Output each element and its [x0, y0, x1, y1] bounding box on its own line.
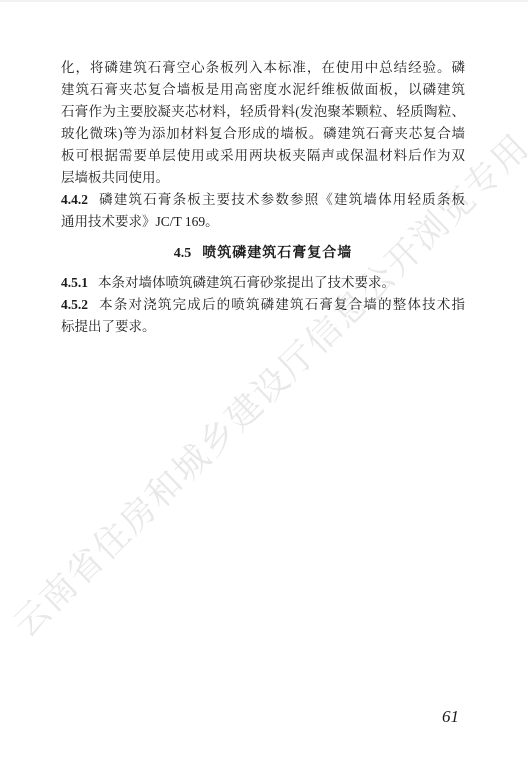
clause-number: 4.5.1 — [61, 275, 88, 290]
body-line: 层墙板共同使用。 — [61, 167, 465, 189]
body-line: 板可根据需要单层使用或采用两块板夹隔声或保温材料后作为双 — [61, 145, 465, 167]
section-title: 喷筑磷建筑石膏复合墙 — [202, 244, 352, 260]
body-line: 玻化微珠)等为添加材料复合形成的墙板。磷建筑石膏夹芯复合墙 — [61, 123, 465, 145]
body-line: 4.5.1本条对墙体喷筑磷建筑石膏砂浆提出了技术要求。 — [61, 272, 465, 294]
body-line: 标提出了要求。 — [61, 316, 465, 338]
section-number: 4.5 — [174, 246, 192, 261]
body-line: 建筑石膏夹芯复合墙板是用高密度水泥纤维板做面板，以磷建筑 — [61, 79, 465, 101]
clause-number: 4.5.2 — [61, 297, 88, 312]
section-heading-4-5: 4.5喷筑磷建筑石膏复合墙 — [61, 241, 465, 263]
clause-text: 磷建筑石膏条板主要技术参数参照《建筑墙体用轻质条板 — [98, 192, 465, 207]
page-number: 61 — [442, 707, 459, 727]
page-content: 化，将磷建筑石膏空心条板列入本标准，在使用中总结经验。磷 建筑石膏夹芯复合墙板是… — [61, 57, 465, 338]
body-line: 4.4.2磷建筑石膏条板主要技术参数参照《建筑墙体用轻质条板 — [61, 189, 465, 211]
body-line: 石膏作为主要胶凝夹芯材料，轻质骨料(发泡聚苯颗粒、轻质陶粒、 — [61, 101, 465, 123]
clause-4-4-2: 4.4.2磷建筑石膏条板主要技术参数参照《建筑墙体用轻质条板 通用技术要求》JC… — [61, 189, 465, 233]
body-line: 通用技术要求》JC/T 169。 — [61, 211, 465, 233]
page-edge-artifact — [0, 0, 528, 2]
clause-number: 4.4.2 — [61, 192, 88, 207]
clause-text: 本条对墙体喷筑磷建筑石膏砂浆提出了技术要求。 — [98, 275, 395, 290]
clause-4-5-1: 4.5.1本条对墙体喷筑磷建筑石膏砂浆提出了技术要求。 — [61, 272, 465, 294]
document-page: 云南省住房和城乡建设厅信息公开浏览专用 化，将磷建筑石膏空心条板列入本标准，在使… — [0, 0, 528, 767]
paragraph-continuation: 化，将磷建筑石膏空心条板列入本标准，在使用中总结经验。磷 建筑石膏夹芯复合墙板是… — [61, 57, 465, 189]
clause-text: 本条对浇筑完成后的喷筑磷建筑石膏复合墙的整体技术指 — [98, 297, 465, 312]
clause-4-5-2: 4.5.2本条对浇筑完成后的喷筑磷建筑石膏复合墙的整体技术指 标提出了要求。 — [61, 294, 465, 338]
body-line: 化，将磷建筑石膏空心条板列入本标准，在使用中总结经验。磷 — [61, 57, 465, 79]
body-line: 4.5.2本条对浇筑完成后的喷筑磷建筑石膏复合墙的整体技术指 — [61, 294, 465, 316]
